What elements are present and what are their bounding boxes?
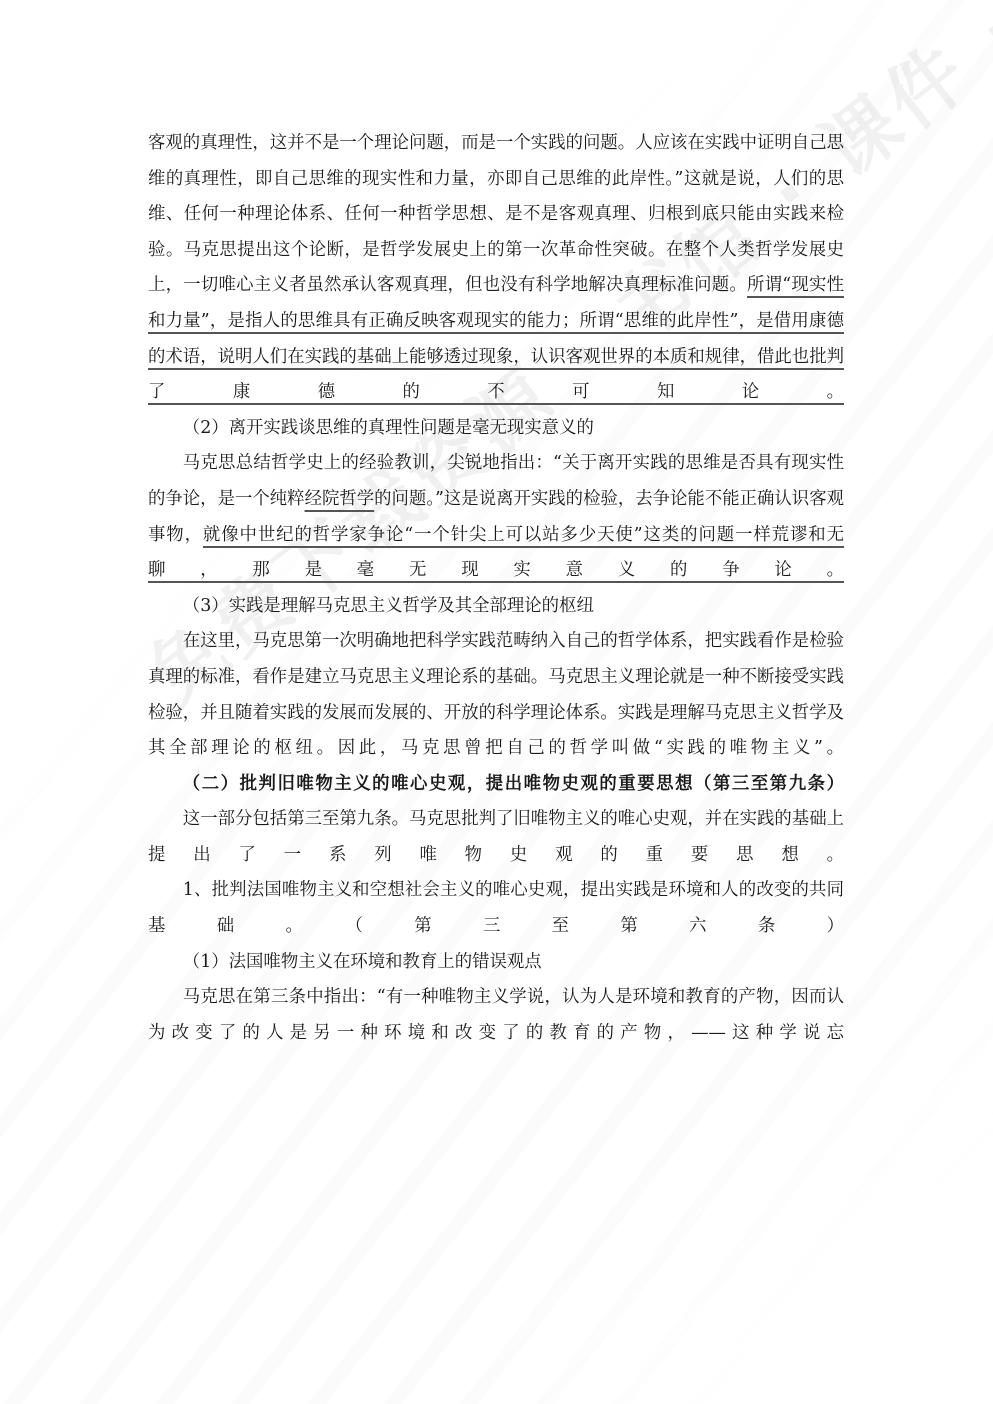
subheading-2: （2）离开实践谈思维的真理性问题是毫无现实意义的 xyxy=(148,411,844,447)
text-segment: （2）离开实践谈思维的真理性问题是毫无现实意义的 xyxy=(183,418,594,438)
subheading-1: （1）法国唯物主义在环境和教育上的错误观点 xyxy=(148,945,844,981)
text-segment: 1、批判法国唯物主义和空想社会主义的唯心史观，提出实践是环境和人的改变的共同基础… xyxy=(148,880,844,936)
text-segment: （3）实践是理解马克思主义哲学及其全部理论的枢纽 xyxy=(183,596,594,616)
text-segment: 马克思在第三条中指出：“有一种唯物主义学说，认为人是环境和教育的产物，因而认为改… xyxy=(148,987,844,1043)
paragraph-10: 马克思在第三条中指出：“有一种唯物主义学说，认为人是环境和教育的产物，因而认为改… xyxy=(148,980,844,1051)
text-segment: 这一部分包括第三至第九条。马克思批判了旧唯物主义的唯心史观，并在实践的基础上提出… xyxy=(148,809,844,865)
text-segment: （1）法国唯物主义在环境和教育上的错误观点 xyxy=(183,952,542,972)
subheading-3: （3）实践是理解马克思主义哲学及其全部理论的枢纽 xyxy=(148,589,844,625)
paragraph-3: 马克思总结哲学史上的经验教训，尖锐地指出：“关于离开实践的思维是否具有现实性的争… xyxy=(148,446,844,588)
paragraph-8: 1、批判法国唯物主义和空想社会主义的唯心史观，提出实践是环境和人的改变的共同基础… xyxy=(148,873,844,944)
underlined-term: 经院哲学 xyxy=(305,489,375,509)
section-heading-2: （二）批判旧唯物主义的唯心史观，提出唯物史观的重要思想（第三至第九条） xyxy=(148,767,844,803)
text-segment: 客观的真理性，这并不是一个理论问题，而是一个实践的问题。人应该在实践中证明自己思… xyxy=(148,133,844,295)
paragraph-7: 这一部分包括第三至第九条。马克思批判了旧唯物主义的唯心史观，并在实践的基础上提出… xyxy=(148,802,844,873)
paragraph-5: 在这里，马克思第一次明确地把科学实践范畴纳入自己的哲学体系，把实践看作是检验真理… xyxy=(148,624,844,766)
text-segment: 在这里，马克思第一次明确地把科学实践范畴纳入自己的哲学体系，把实践看作是检验真理… xyxy=(148,631,844,758)
paragraph-1: 客观的真理性，这并不是一个理论问题，而是一个实践的问题。人应该在实践中证明自己思… xyxy=(148,126,844,411)
text-segment: （二）批判旧唯物主义的唯心史观，提出唯物史观的重要思想（第三至第九条） xyxy=(183,774,844,794)
underlined-segment: 就像中世纪的哲学家争论“一个针尖上可以站多少天使”这类的问题一样荒谬和无聊，那是… xyxy=(148,525,844,581)
document-page: 客观的真理性，这并不是一个理论问题，而是一个实践的问题。人应该在实践中证明自己思… xyxy=(148,126,844,1051)
